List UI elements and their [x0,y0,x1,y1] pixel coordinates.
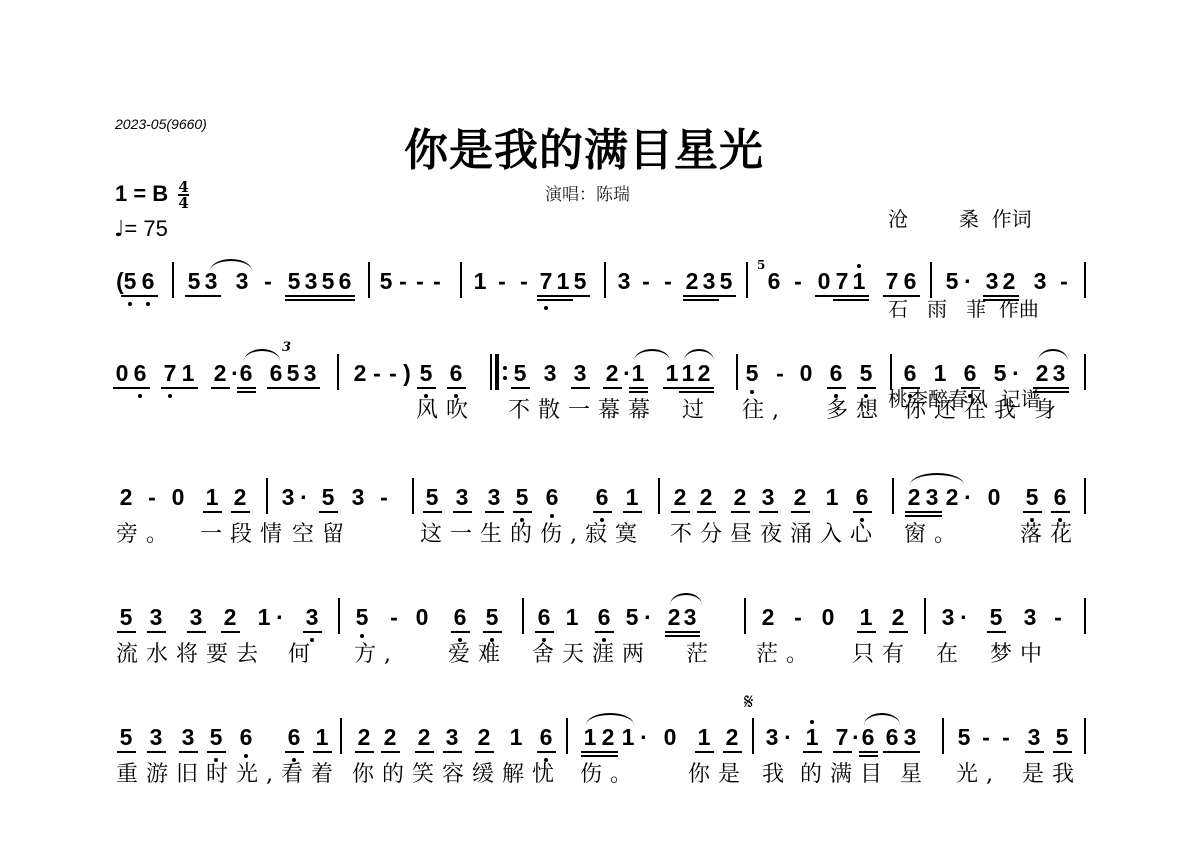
note: 3 [701,268,717,294]
underline [717,295,736,297]
note: 3 [542,360,558,386]
barline [1084,354,1086,390]
note: 3 [188,604,204,630]
slur-arc [586,713,634,725]
note: 3 [924,484,940,510]
note: 2 [698,484,714,510]
lyric: 过 [682,398,712,424]
note: 2 [684,268,700,294]
score-code: 2023-05(9660) [115,116,207,132]
note: 1 [555,268,571,294]
note: 0 [798,360,814,386]
barline [1084,718,1086,754]
note: 6 [1052,484,1068,510]
slur-arc [244,349,280,361]
note: 3 [1032,268,1048,294]
barline [924,598,926,634]
underline [595,631,614,633]
underline [923,515,942,517]
underline [1050,387,1069,389]
note: 7 [538,268,554,294]
lyric: 梦中 [990,642,1050,668]
note: 3 [148,604,164,630]
note: 5 [992,360,1008,386]
underline [179,751,198,753]
low-octave-dot [544,306,548,310]
underline [319,511,338,513]
note: 6 [828,360,844,386]
underline [537,751,556,753]
slur-arc [210,259,252,271]
note: 6 [286,724,302,750]
underline [695,391,714,393]
aug-dot: · [780,724,796,750]
note: 3 [304,604,320,630]
grace-note: 5 [757,258,765,272]
note: 3 [616,268,632,294]
lyric: 多想 [826,398,886,424]
lyric: 光, [956,762,1001,788]
note: 0 [816,268,832,294]
underline [131,387,150,389]
note: 5 [285,360,301,386]
underline [221,631,240,633]
underline [629,387,648,389]
aug-dot: · [960,268,976,294]
note: 5 [944,268,960,294]
underline [483,631,502,633]
note: 6 [884,724,900,750]
low-octave-dot [750,390,754,394]
note: 3 [486,484,502,510]
lyric: 何 [288,642,318,668]
underline [723,751,742,753]
lyric: 身 [1034,398,1064,424]
note: 1 [664,360,680,386]
note: 1 [508,724,524,750]
note: 2 [416,724,432,750]
barline [736,354,738,390]
note: 2 [672,484,688,510]
note: 5 [118,724,134,750]
underline [987,631,1006,633]
lyric: 伤。 [580,762,640,788]
note: 5 [988,604,1004,630]
lyric: 往, [742,398,787,424]
note: 0 [986,484,1002,510]
underline [336,299,355,301]
low-octave-dot [360,634,364,638]
key-signature: 1 = B 4 4 [115,180,189,210]
note: 5 [320,484,336,510]
underline [857,387,876,389]
lyric: 茫 [686,642,716,668]
note: 6 [544,484,560,510]
underline [554,299,573,301]
underline [511,387,530,389]
dash: - [369,360,385,386]
note: 3 [350,484,366,510]
lyric: 只有 [852,642,912,668]
note: 3 [572,360,588,386]
underline [961,387,980,389]
barline [1084,262,1086,298]
note: 1 [696,724,712,750]
underline [923,511,942,513]
underline [147,631,166,633]
lyric: 这一生的伤,寂寞 [420,522,645,548]
barline [752,718,754,754]
note: 5 [118,604,134,630]
tempo-marking: ♩= 75 [114,216,168,242]
underline [681,631,700,633]
note: 5 [744,360,760,386]
lyric: 是我 [1022,762,1082,788]
low-octave-dot [146,302,150,306]
note: 3 [902,724,918,750]
lyric: 在 [936,642,966,668]
note: 5 [572,268,588,294]
segno-icon: 𝄋 [744,690,753,715]
slur-arc [910,473,964,485]
underline [859,755,878,757]
underline [513,511,532,513]
slur-arc [684,349,714,361]
note: 2 [212,360,228,386]
barline [744,598,746,634]
underline [850,295,869,297]
underline [237,391,256,393]
slur-arc [864,713,900,725]
underline [417,387,436,389]
lyric: 的满目 [800,762,890,788]
repeat-dot [503,366,507,370]
singer-label: 演唱：陈瑞 [545,180,630,205]
underline [303,631,322,633]
underline [901,387,920,389]
note: 5 [1054,724,1070,750]
note: 6 [132,360,148,386]
note: 3 [984,268,1000,294]
note: 6 [594,484,610,510]
underline [355,751,374,753]
note: 6 [452,604,468,630]
lyric: 窗。 [904,522,964,548]
barline [1084,478,1086,514]
underline [731,511,750,513]
underline [121,295,140,297]
dash: - [494,268,510,294]
song-title: 你是我的满目星光 [404,114,764,178]
low-octave-dot [128,302,132,306]
repeat-dot [503,376,507,380]
underline [581,751,600,753]
lyric: 爱难 [448,642,508,668]
underline [117,631,136,633]
note: 0 [414,604,430,630]
note: 2 [600,724,616,750]
underline [883,295,902,297]
barline [930,262,932,298]
note: 6 [140,268,156,294]
note: 0 [662,724,678,750]
note: 2 [356,724,372,750]
dash: - [412,268,428,294]
aug-dot: · [960,484,976,510]
note: 5 [424,484,440,510]
note: 3 [303,268,319,294]
underline [883,751,902,753]
dash: - [1050,604,1066,630]
lyric: 空留 [292,522,352,548]
aug-dot: · [272,604,288,630]
underline [791,511,810,513]
note: 2 [1034,360,1050,386]
dash: - [772,360,788,386]
note: 1 [314,724,330,750]
underline [161,387,180,389]
note: 5 [418,360,434,386]
dash: - [376,484,392,510]
aug-dot: · [296,484,312,510]
lyric: 不分昼夜涌入心 [670,522,880,548]
underline [453,511,472,513]
underline [535,631,554,633]
note: 2 [352,360,368,386]
note: 5 [354,604,370,630]
underline [451,631,470,633]
lyric: 你的笑容缓解忧 [352,762,562,788]
underline [381,751,400,753]
underline [117,751,136,753]
barline [604,262,606,298]
lyric: 流水将要去 [116,642,266,668]
underline [285,751,304,753]
note: 1 [804,724,820,750]
dash: - [516,268,532,294]
note: 5 [484,604,500,630]
note: 5 [624,604,640,630]
underline [485,511,504,513]
underline [447,387,466,389]
underline [859,751,878,753]
note: 5 [514,484,530,510]
underline [1025,751,1044,753]
dash: - [638,268,654,294]
underline [113,387,132,389]
barline [172,262,174,298]
underline [336,295,355,297]
barline [890,354,892,390]
lyric: 我 [762,762,792,788]
low-octave-dot [550,514,554,518]
dash: - [429,268,445,294]
note: 6 [962,360,978,386]
dash: - [660,268,676,294]
note: 1 [680,360,696,386]
note: 3 [760,484,776,510]
barline [266,478,268,514]
note: 3 [302,360,318,386]
note: 2 [696,360,712,386]
note: 2 [792,484,808,510]
note: 7 [884,268,900,294]
barline [338,598,340,634]
low-octave-dot [138,394,142,398]
note: 3 [203,268,219,294]
aug-dot: · [640,604,656,630]
barline [337,354,339,390]
dash: - [790,268,806,294]
underline [853,511,872,513]
note: 6 [766,268,782,294]
barline [746,262,748,298]
underline [815,295,834,297]
underline [599,751,618,753]
note: 3 [940,604,956,630]
note: 5 [286,268,302,294]
key-label: 1 = B [115,181,168,206]
repeat-barline-thin [490,354,492,390]
underline [901,295,920,297]
underline [207,751,226,753]
underline [237,387,256,389]
low-octave-dot [244,754,248,758]
note: 2 [724,724,740,750]
aug-dot: · [956,604,972,630]
note: 2 [222,604,238,630]
underline [695,387,714,389]
underline [850,299,869,301]
underline [1000,299,1019,301]
underline [759,511,778,513]
underline [179,387,198,389]
lyric: 重游旧时光,看着 [116,762,341,788]
barline [460,262,462,298]
note: 3 [454,484,470,510]
dash: - [395,268,411,294]
note: 5 [186,268,202,294]
underline [571,387,590,389]
dash: - [998,724,1014,750]
note: 5 [378,268,394,294]
barline [566,718,568,754]
underline [1023,511,1042,513]
note: 2 [906,484,922,510]
dash: - [978,724,994,750]
quarter-note-icon: ♩ [114,217,124,242]
underline [581,755,600,757]
barline [368,262,370,298]
note: 6 [536,604,552,630]
note: 3 [234,268,250,294]
underline [301,387,320,389]
underline [202,295,221,297]
note: 5 [512,360,528,386]
note: 1 [630,360,646,386]
high-octave-dot [810,720,814,724]
underline [697,511,716,513]
note: 0 [114,360,130,386]
underline [313,751,332,753]
underline [905,511,924,513]
underline [905,515,924,517]
note: 2 [666,604,682,630]
note: 6 [448,360,464,386]
underline [623,511,642,513]
note: 5 [208,724,224,750]
barline [942,718,944,754]
lyric: 舍天涯两 [532,642,652,668]
underline [803,751,822,753]
note: 6 [854,484,870,510]
note: 7 [162,360,178,386]
underline [599,755,618,757]
note: 1 [858,604,874,630]
underline [629,391,648,393]
note: 6 [902,268,918,294]
note: 2 [760,604,776,630]
note: 1 [824,484,840,510]
triplet-mark: 3 [282,340,291,355]
barline [892,478,894,514]
note: 1 [582,724,598,750]
high-octave-dot [857,264,861,268]
note: 3 [1022,604,1038,630]
note: 3 [280,484,296,510]
barline [1084,598,1086,634]
lyric: 不散一幕幕 [508,398,658,424]
underline [187,631,206,633]
slur-arc [634,349,670,361]
underline [211,387,230,389]
underline [1050,391,1069,393]
underline [139,295,158,297]
dash: - [1056,268,1072,294]
lyric: 你还在我 [904,398,1024,424]
note: 5 [122,268,138,294]
aug-dot: · [636,724,652,750]
note: 3 [180,724,196,750]
note: 6 [268,360,284,386]
barline [412,478,414,514]
note: 2 [604,360,620,386]
dash: - [386,604,402,630]
underline [857,631,876,633]
note: 2 [118,484,134,510]
note: 3 [682,604,698,630]
note: 1 [851,268,867,294]
note: 3 [1051,360,1067,386]
note: 6 [538,724,554,750]
underline [423,511,442,513]
underline [671,511,690,513]
note: 2 [382,724,398,750]
underline [203,511,222,513]
underline [415,751,434,753]
underline [700,299,719,301]
dash: - [790,604,806,630]
note: 3 [444,724,460,750]
lyric: 旁。 [116,522,176,548]
underline [827,387,846,389]
note: 7 [834,268,850,294]
aug-dot: · [1008,360,1024,386]
underline [147,751,166,753]
underline [889,631,908,633]
note: 1 [564,604,580,630]
underline [443,751,462,753]
